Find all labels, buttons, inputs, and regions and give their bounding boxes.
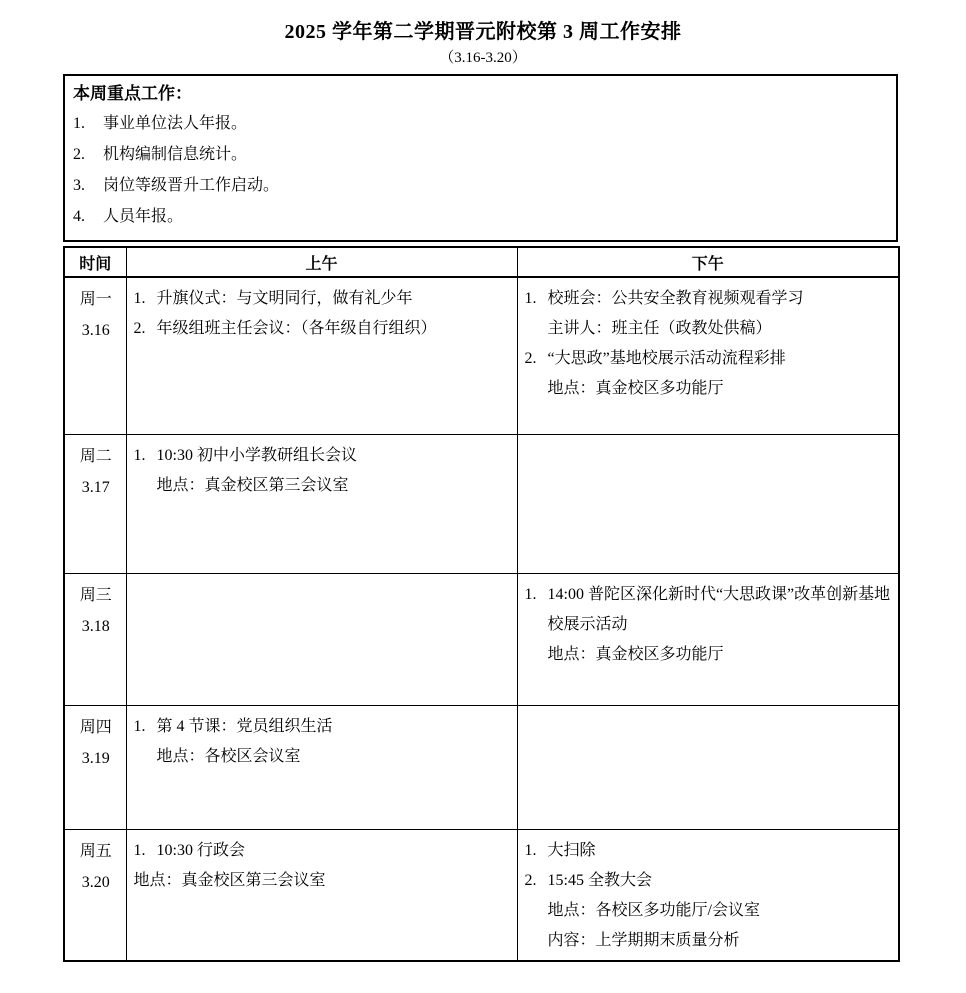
item-text: 14:00 普陀区深化新时代“大思政课”改革创新基地校展示活动 (548, 580, 893, 640)
morning-cell (126, 573, 517, 705)
table-row: 周五3.201.10:30 行政会地点：真金校区第三会议室1.大扫除2.15:4… (64, 829, 899, 961)
item-number: 1. (134, 836, 157, 866)
day-cell: 周三3.18 (64, 573, 126, 705)
day-date: 3.17 (72, 472, 120, 503)
afternoon-cell (517, 705, 899, 829)
header-row: 时间 上午 下午 (64, 247, 899, 277)
morning-cell: 1.第 4 节课：党员组织生活地点：各校区会议室 (126, 705, 517, 829)
schedule-item: 1.大扫除 (525, 836, 893, 866)
schedule-item: 地点：真金校区多功能厅 (525, 374, 893, 404)
item-number: 1. (525, 580, 548, 640)
schedule-body: 周一3.161.升旗仪式：与文明同行，做有礼少年2.年级组班主任会议：（各年级自… (64, 277, 899, 961)
morning-cell: 1.10:30 行政会地点：真金校区第三会议室 (126, 829, 517, 961)
item-text: 大扫除 (548, 836, 893, 866)
item-text: 岗位等级晋升工作启动。 (103, 170, 886, 201)
item-text: 地点：真金校区多功能厅 (548, 374, 893, 404)
schedule-item: 1.校班会：公共安全教育视频观看学习 (525, 284, 893, 314)
day-cell: 周五3.20 (64, 829, 126, 961)
schedule-item: 1.10:30 初中小学教研组长会议 (134, 441, 511, 471)
item-text: 事业单位法人年报。 (103, 108, 886, 139)
item-number: 4. (73, 201, 103, 232)
table-row: 周二3.171.10:30 初中小学教研组长会议地点：真金校区第三会议室 (64, 434, 899, 573)
item-text: 年级组班主任会议：（各年级自行组织） (157, 314, 511, 344)
item-number: 1. (134, 284, 157, 314)
schedule-item: 内容：上学期期末质量分析 (525, 926, 893, 956)
item-number: 2. (73, 139, 103, 170)
col-header-morning: 上午 (126, 247, 517, 277)
morning-cell: 1.10:30 初中小学教研组长会议地点：真金校区第三会议室 (126, 434, 517, 573)
schedule-item: 地点：各校区多功能厅/会议室 (525, 896, 893, 926)
day-label: 周三 (72, 580, 120, 611)
highlight-item: 3.岗位等级晋升工作启动。 (73, 170, 886, 201)
key-work-box: 本周重点工作： 1.事业单位法人年报。2.机构编制信息统计。3.岗位等级晋升工作… (63, 74, 898, 242)
day-date: 3.20 (72, 867, 120, 898)
item-text: 地点：真金校区第三会议室 (134, 866, 511, 896)
afternoon-cell: 1.大扫除2.15:45 全教大会地点：各校区多功能厅/会议室内容：上学期期末质… (517, 829, 899, 961)
day-cell: 周一3.16 (64, 277, 126, 434)
key-work-list: 1.事业单位法人年报。2.机构编制信息统计。3.岗位等级晋升工作启动。4.人员年… (73, 108, 886, 232)
col-header-afternoon: 下午 (517, 247, 899, 277)
item-number (134, 471, 157, 501)
item-text: 10:30 行政会 (157, 836, 511, 866)
item-number (525, 314, 548, 344)
key-work-heading: 本周重点工作： (73, 80, 886, 108)
afternoon-cell: 1.校班会：公共安全教育视频观看学习主讲人：班主任（政教处供稿）2.“大思政”基… (517, 277, 899, 434)
item-number: 1. (525, 836, 548, 866)
item-number: 3. (73, 170, 103, 201)
item-text: “大思政”基地校展示活动流程彩排 (548, 344, 893, 374)
schedule-item: 2.15:45 全教大会 (525, 866, 893, 896)
item-text: 10:30 初中小学教研组长会议 (157, 441, 511, 471)
item-number (525, 374, 548, 404)
schedule-item: 2.年级组班主任会议：（各年级自行组织） (134, 314, 511, 344)
item-text: 校班会：公共安全教育视频观看学习 (548, 284, 893, 314)
item-number: 1. (134, 712, 157, 742)
schedule-table: 时间 上午 下午 周一3.161.升旗仪式：与文明同行，做有礼少年2.年级组班主… (63, 246, 900, 962)
item-number (134, 742, 157, 772)
item-text: 15:45 全教大会 (548, 866, 893, 896)
highlight-item: 2.机构编制信息统计。 (73, 139, 886, 170)
item-text: 升旗仪式：与文明同行，做有礼少年 (157, 284, 511, 314)
schedule-item: 1.14:00 普陀区深化新时代“大思政课”改革创新基地校展示活动 (525, 580, 893, 640)
day-date: 3.16 (72, 315, 120, 346)
col-header-time: 时间 (64, 247, 126, 277)
table-row: 周四3.191.第 4 节课：党员组织生活地点：各校区会议室 (64, 705, 899, 829)
schedule-item: 地点：真金校区多功能厅 (525, 640, 893, 670)
item-number (525, 896, 548, 926)
item-number: 2. (525, 344, 548, 374)
day-label: 周二 (72, 441, 120, 472)
highlight-item: 1.事业单位法人年报。 (73, 108, 886, 139)
item-text: 机构编制信息统计。 (103, 139, 886, 170)
item-number: 1. (73, 108, 103, 139)
item-text: 地点：真金校区第三会议室 (157, 471, 511, 501)
schedule-item: 1.第 4 节课：党员组织生活 (134, 712, 511, 742)
table-row: 周三3.181.14:00 普陀区深化新时代“大思政课”改革创新基地校展示活动地… (64, 573, 899, 705)
item-text: 内容：上学期期末质量分析 (548, 926, 893, 956)
schedule-item: 1.升旗仪式：与文明同行，做有礼少年 (134, 284, 511, 314)
schedule-item: 地点：真金校区第三会议室 (134, 866, 511, 896)
weekly-schedule-document: 2025 学年第二学期晋元附校第 3 周工作安排 （3.16-3.20） 本周重… (0, 0, 966, 993)
afternoon-cell (517, 434, 899, 573)
day-date: 3.19 (72, 743, 120, 774)
item-text: 主讲人：班主任（政教处供稿） (548, 314, 893, 344)
schedule-item: 地点：真金校区第三会议室 (134, 471, 511, 501)
item-number: 2. (525, 866, 548, 896)
document-title: 2025 学年第二学期晋元附校第 3 周工作安排 (0, 0, 966, 44)
afternoon-cell: 1.14:00 普陀区深化新时代“大思政课”改革创新基地校展示活动地点：真金校区… (517, 573, 899, 705)
date-range: （3.16-3.20） (0, 46, 966, 67)
morning-cell: 1.升旗仪式：与文明同行，做有礼少年2.年级组班主任会议：（各年级自行组织） (126, 277, 517, 434)
schedule-item: 2.“大思政”基地校展示活动流程彩排 (525, 344, 893, 374)
item-number (525, 926, 548, 956)
schedule-item: 地点：各校区会议室 (134, 742, 511, 772)
day-date: 3.18 (72, 611, 120, 642)
day-cell: 周二3.17 (64, 434, 126, 573)
item-number: 1. (525, 284, 548, 314)
item-number (525, 640, 548, 670)
item-text: 地点：真金校区多功能厅 (548, 640, 893, 670)
day-label: 周五 (72, 836, 120, 867)
day-cell: 周四3.19 (64, 705, 126, 829)
day-label: 周四 (72, 712, 120, 743)
day-label: 周一 (72, 284, 120, 315)
highlight-item: 4.人员年报。 (73, 201, 886, 232)
schedule-item: 主讲人：班主任（政教处供稿） (525, 314, 893, 344)
item-number: 2. (134, 314, 157, 344)
table-row: 周一3.161.升旗仪式：与文明同行，做有礼少年2.年级组班主任会议：（各年级自… (64, 277, 899, 434)
item-text: 人员年报。 (103, 201, 886, 232)
item-text: 第 4 节课：党员组织生活 (157, 712, 511, 742)
item-number: 1. (134, 441, 157, 471)
schedule-item: 1.10:30 行政会 (134, 836, 511, 866)
item-text: 地点：各校区多功能厅/会议室 (548, 896, 893, 926)
item-text: 地点：各校区会议室 (157, 742, 511, 772)
